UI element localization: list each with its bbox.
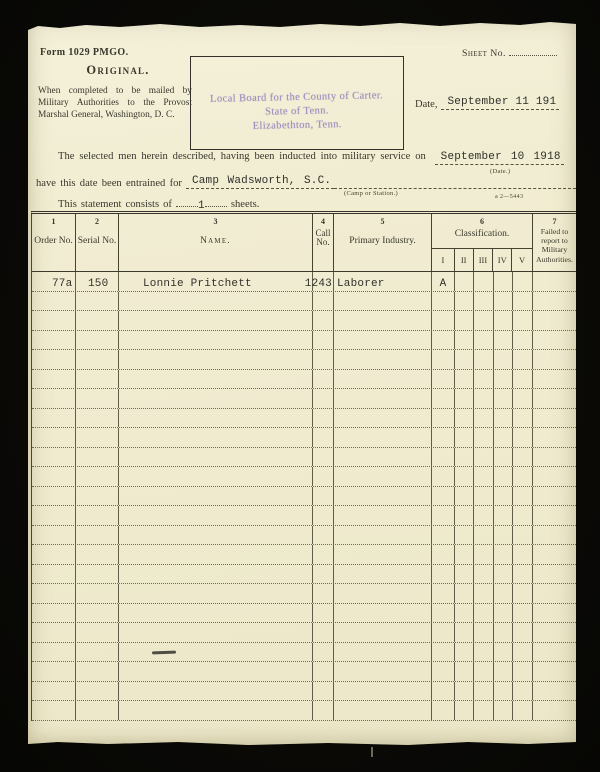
- cell-failed: [533, 623, 576, 642]
- cell-call: [313, 331, 334, 350]
- cell-class-iii: [474, 701, 494, 720]
- cell-order: [32, 701, 76, 720]
- cell-name: [119, 506, 313, 525]
- cell-call-value: 1243: [305, 278, 332, 290]
- cell-serial: [76, 311, 119, 330]
- cell-serial: 150: [76, 272, 119, 291]
- table-row: [32, 350, 576, 370]
- sheet-number-line: Sheet No.: [462, 46, 557, 59]
- cell-class-i: [432, 409, 455, 428]
- cell-name: [119, 662, 313, 681]
- cell-industry: [334, 604, 432, 623]
- cell-failed: [533, 604, 576, 623]
- cell-order: [32, 643, 76, 662]
- cell-class-v: [513, 545, 533, 564]
- table-row: [32, 584, 576, 604]
- cell-call: [313, 311, 334, 330]
- local-board-stamp: Local Board for the County of Carter. St…: [191, 89, 404, 136]
- cell-industry: [334, 331, 432, 350]
- cell-class-ii: [455, 662, 474, 681]
- cell-class-v: [513, 643, 533, 662]
- cell-class-ii: [455, 565, 474, 584]
- table-row: [32, 682, 576, 702]
- cell-call: [313, 428, 334, 447]
- cell-class-v: [513, 604, 533, 623]
- cell-industry: [334, 584, 432, 603]
- cell-class-ii: [455, 467, 474, 486]
- cell-class-iii: [474, 409, 494, 428]
- cell-call: [313, 409, 334, 428]
- cell-industry: [334, 565, 432, 584]
- cell-industry: [334, 428, 432, 447]
- cell-class-ii: [455, 623, 474, 642]
- cell-industry: [334, 311, 432, 330]
- cell-class-ii: [455, 272, 474, 291]
- cell-call: [313, 623, 334, 642]
- table-row: [32, 409, 576, 429]
- cell-failed: [533, 643, 576, 662]
- cell-failed: [533, 487, 576, 506]
- cell-order: [32, 487, 76, 506]
- cell-class-iv: [494, 604, 513, 623]
- table-row: [32, 292, 576, 312]
- cell-class-v: [513, 565, 533, 584]
- cell-class-i: [432, 292, 455, 311]
- entrained-sentence: have this date been entrained for Camp W…: [36, 175, 576, 189]
- cell-class-v: [513, 272, 533, 291]
- cell-class-i-value: A: [432, 278, 454, 290]
- cell-industry: [334, 682, 432, 701]
- table-row: [32, 701, 576, 721]
- cell-name: [119, 448, 313, 467]
- cell-name: [119, 701, 313, 720]
- cell-class-v: [513, 331, 533, 350]
- cell-order: [32, 311, 76, 330]
- cell-class-ii: [455, 682, 474, 701]
- subheader-class-ii: II: [455, 249, 474, 271]
- cell-failed: [533, 331, 576, 350]
- cell-serial: [76, 350, 119, 369]
- cell-order: [32, 448, 76, 467]
- subheader-class-iii: III: [474, 249, 494, 271]
- cell-class-v: [513, 487, 533, 506]
- cell-serial: [76, 584, 119, 603]
- cell-class-iii: [474, 311, 494, 330]
- cell-class-i: [432, 526, 455, 545]
- cell-failed: [533, 565, 576, 584]
- cell-order: 77a: [32, 272, 76, 291]
- cell-class-v: [513, 428, 533, 447]
- cell-class-i: [432, 584, 455, 603]
- table-row: [32, 448, 576, 468]
- cell-industry: [334, 409, 432, 428]
- cell-failed: [533, 526, 576, 545]
- cell-order: [32, 682, 76, 701]
- cell-class-i: A: [432, 272, 455, 291]
- cell-call: 1243: [313, 272, 334, 291]
- cell-class-ii: [455, 409, 474, 428]
- cell-class-iii: [474, 487, 494, 506]
- cell-class-ii: [455, 292, 474, 311]
- header-serial-no: 2 Serial No.: [76, 214, 119, 271]
- cell-call: [313, 506, 334, 525]
- cell-serial: [76, 448, 119, 467]
- cell-class-iv: [494, 526, 513, 545]
- cell-class-ii: [455, 370, 474, 389]
- cell-serial: [76, 526, 119, 545]
- cell-class-iv: [494, 370, 513, 389]
- cell-failed: [533, 350, 576, 369]
- cell-class-ii: [455, 487, 474, 506]
- cell-failed: [533, 389, 576, 408]
- cell-serial: [76, 467, 119, 486]
- cell-class-iii: [474, 467, 494, 486]
- cell-serial: [76, 389, 119, 408]
- cell-industry: Laborer: [334, 272, 432, 291]
- cell-call: [313, 448, 334, 467]
- cell-class-iv: [494, 331, 513, 350]
- date-caption: (Date.): [490, 168, 510, 175]
- entrained-sentence-text: have this date been entrained for: [36, 178, 182, 189]
- cell-order: [32, 467, 76, 486]
- cell-class-iii: [474, 584, 494, 603]
- cell-class-i: [432, 545, 455, 564]
- cell-name: [119, 526, 313, 545]
- cell-class-ii: [455, 506, 474, 525]
- table-body: 77a150Lonnie Pritchett1243LaborerA: [32, 272, 576, 721]
- cell-industry: [334, 350, 432, 369]
- cell-class-i: [432, 350, 455, 369]
- cell-class-iii: [474, 389, 494, 408]
- cell-class-iv: [494, 350, 513, 369]
- cell-class-i: [432, 565, 455, 584]
- cell-class-i: [432, 467, 455, 486]
- cell-industry: [334, 487, 432, 506]
- cell-class-ii: [455, 604, 474, 623]
- sheet-no-label: No.: [490, 48, 506, 59]
- cell-serial: [76, 409, 119, 428]
- cell-order: [32, 565, 76, 584]
- form-number: Form 1029 PMGO.: [40, 47, 128, 58]
- sheets-sentence: This statement consists of 1 sheets.: [58, 197, 259, 211]
- cell-call: [313, 467, 334, 486]
- camp-caption: (Camp or Station.): [344, 190, 398, 197]
- cell-class-i: [432, 682, 455, 701]
- table-row: [32, 506, 576, 526]
- cell-call: [313, 545, 334, 564]
- cell-class-i: [432, 643, 455, 662]
- date-value: September 11 191: [441, 96, 559, 110]
- cell-class-v: [513, 623, 533, 642]
- cell-class-v: [513, 448, 533, 467]
- cell-order: [32, 428, 76, 447]
- cell-class-v: [513, 311, 533, 330]
- cell-class-iv: [494, 292, 513, 311]
- table-row: [32, 565, 576, 585]
- cell-class-ii: [455, 331, 474, 350]
- header-order-no: 1 Order No.: [32, 214, 76, 271]
- cell-class-iii: [474, 272, 494, 291]
- cell-class-iv: [494, 467, 513, 486]
- table-row: [32, 389, 576, 409]
- cell-class-iv: [494, 584, 513, 603]
- cell-serial: [76, 487, 119, 506]
- cell-order: [32, 409, 76, 428]
- subheader-class-iv: IV: [493, 249, 512, 271]
- cell-class-v: [513, 292, 533, 311]
- cell-serial: [76, 604, 119, 623]
- cell-order: [32, 526, 76, 545]
- form-paper: Form 1029 PMGO. Original. When completed…: [28, 20, 576, 746]
- cell-industry: [334, 545, 432, 564]
- table-row: [32, 428, 576, 448]
- cell-class-iv: [494, 428, 513, 447]
- cell-class-ii: [455, 545, 474, 564]
- cell-class-iii: [474, 292, 494, 311]
- cell-serial: [76, 370, 119, 389]
- cell-call: [313, 662, 334, 681]
- cell-call: [313, 584, 334, 603]
- cell-order: [32, 506, 76, 525]
- table-row: [32, 643, 576, 663]
- table-row: [32, 467, 576, 487]
- cell-call: [313, 526, 334, 545]
- header-failed-to-report: 7 Failed to report to Military Authori­t…: [533, 214, 576, 271]
- mailing-instructions: When completed to be mailed by Military …: [38, 85, 192, 122]
- cell-serial: [76, 623, 119, 642]
- cell-class-i: [432, 623, 455, 642]
- cell-failed: [533, 584, 576, 603]
- cell-class-v: [513, 662, 533, 681]
- header-call-no: 4 Call No.: [313, 214, 334, 271]
- cell-name: [119, 389, 313, 408]
- table-row: [32, 545, 576, 565]
- cell-class-iii: [474, 565, 494, 584]
- cell-class-v: [513, 701, 533, 720]
- cell-class-iii: [474, 370, 494, 389]
- header-primary-industry: 5 Primary Industry.: [334, 214, 432, 271]
- induction-date-value: September 10 1918: [435, 151, 564, 165]
- cell-class-i: [432, 662, 455, 681]
- cell-class-v: [513, 526, 533, 545]
- classification-subheader: I II III IV V: [432, 248, 532, 271]
- sheet-number-blank: [509, 46, 557, 56]
- original-label: Original.: [38, 63, 198, 78]
- cell-failed: [533, 428, 576, 447]
- cell-class-iii: [474, 448, 494, 467]
- cell-industry: [334, 448, 432, 467]
- table-row: [32, 623, 576, 643]
- cell-order: [32, 331, 76, 350]
- cell-class-iii: [474, 604, 494, 623]
- cell-class-ii: [455, 643, 474, 662]
- cell-serial: [76, 428, 119, 447]
- cell-name-value: Lonnie Pritchett: [143, 278, 252, 290]
- cell-serial: [76, 545, 119, 564]
- cell-name: [119, 623, 313, 642]
- cell-call: [313, 643, 334, 662]
- cell-failed: [533, 545, 576, 564]
- cell-class-v: [513, 506, 533, 525]
- cell-serial: [76, 506, 119, 525]
- cell-class-iv: [494, 409, 513, 428]
- pencil-mark: [152, 650, 176, 653]
- cell-industry-value: Laborer: [337, 278, 385, 290]
- cell-class-ii: [455, 311, 474, 330]
- table-row: 77a150Lonnie Pritchett1243LaborerA: [32, 272, 576, 292]
- cell-class-iv: [494, 643, 513, 662]
- cell-failed: [533, 292, 576, 311]
- cell-call: [313, 604, 334, 623]
- cell-class-iii: [474, 682, 494, 701]
- stamp-box: Local Board for the County of Carter. St…: [190, 56, 404, 150]
- subheader-class-v: V: [512, 249, 532, 271]
- cell-industry: [334, 662, 432, 681]
- cell-class-iv: [494, 448, 513, 467]
- cell-class-i: [432, 506, 455, 525]
- cell-class-i: [432, 389, 455, 408]
- cell-class-ii: [455, 584, 474, 603]
- table-header: 1 Order No. 2 Serial No. 3 Name. 4 Call …: [32, 214, 576, 272]
- header-name: 3 Name.: [119, 214, 313, 271]
- table-row: [32, 526, 576, 546]
- cell-class-ii: [455, 428, 474, 447]
- cell-industry: [334, 389, 432, 408]
- header-classification: 6 Classification. I II III IV V: [432, 214, 533, 271]
- cell-class-iii: [474, 331, 494, 350]
- table-row: [32, 487, 576, 507]
- induction-sentence-text: The selected men herein described, havin…: [58, 151, 426, 162]
- cell-class-ii: [455, 389, 474, 408]
- cell-name: [119, 409, 313, 428]
- cell-class-iv: [494, 487, 513, 506]
- cell-name: Lonnie Pritchett: [119, 272, 313, 291]
- cell-class-iv: [494, 545, 513, 564]
- cell-class-v: [513, 370, 533, 389]
- cell-industry: [334, 623, 432, 642]
- cell-order: [32, 370, 76, 389]
- cell-name: [119, 428, 313, 447]
- cell-class-ii: [455, 350, 474, 369]
- cell-class-ii: [455, 448, 474, 467]
- cell-industry: [334, 643, 432, 662]
- cell-failed: [533, 662, 576, 681]
- cell-call: [313, 389, 334, 408]
- cell-failed: [533, 506, 576, 525]
- cell-name: [119, 682, 313, 701]
- cell-serial: [76, 643, 119, 662]
- table-row: [32, 311, 576, 331]
- cell-industry: [334, 292, 432, 311]
- cell-name: [119, 311, 313, 330]
- cell-name: [119, 292, 313, 311]
- cell-class-iv: [494, 272, 513, 291]
- cell-class-v: [513, 467, 533, 486]
- cell-class-iv: [494, 682, 513, 701]
- cell-industry: [334, 526, 432, 545]
- induction-sentence: The selected men herein described, havin…: [40, 151, 574, 163]
- cell-serial: [76, 565, 119, 584]
- cell-class-i: [432, 487, 455, 506]
- cell-class-ii: [455, 701, 474, 720]
- cell-class-iv: [494, 662, 513, 681]
- sheets-sentence-prefix: This statement consists of: [58, 199, 172, 210]
- cell-class-v: [513, 389, 533, 408]
- sheets-sentence-suffix: sheets.: [231, 199, 260, 210]
- cell-class-i: [432, 311, 455, 330]
- camp-blank-fill: [334, 177, 576, 189]
- cell-industry: [334, 467, 432, 486]
- cell-class-iii: [474, 506, 494, 525]
- cell-order-value: 77a: [52, 278, 72, 290]
- cell-call: [313, 682, 334, 701]
- cell-class-v: [513, 409, 533, 428]
- cell-serial: [76, 701, 119, 720]
- table-row: [32, 604, 576, 624]
- cell-class-v: [513, 350, 533, 369]
- table-row: [32, 662, 576, 682]
- cell-class-v: [513, 682, 533, 701]
- cell-name: [119, 643, 313, 662]
- cell-class-iv: [494, 623, 513, 642]
- cell-name: [119, 604, 313, 623]
- cell-serial: [76, 662, 119, 681]
- cell-call: [313, 350, 334, 369]
- cell-call: [313, 292, 334, 311]
- scan-artifact: [371, 747, 373, 757]
- cell-industry: [334, 701, 432, 720]
- cell-class-iii: [474, 643, 494, 662]
- cell-class-iii: [474, 428, 494, 447]
- cell-class-iv: [494, 389, 513, 408]
- sheet-label: Sheet: [462, 48, 487, 59]
- cell-name: [119, 565, 313, 584]
- cell-class-ii: [455, 526, 474, 545]
- cell-class-iv: [494, 506, 513, 525]
- cell-serial-value: 150: [88, 278, 108, 290]
- cell-industry: [334, 506, 432, 525]
- cell-order: [32, 350, 76, 369]
- cell-failed: [533, 272, 576, 291]
- stamp-line-3: Elizabethton, Tenn.: [191, 117, 403, 136]
- cell-order: [32, 389, 76, 408]
- cell-class-i: [432, 701, 455, 720]
- cell-name: [119, 331, 313, 350]
- cell-call: [313, 565, 334, 584]
- cell-failed: [533, 682, 576, 701]
- cell-order: [32, 623, 76, 642]
- cell-call: [313, 370, 334, 389]
- cell-class-iv: [494, 565, 513, 584]
- cell-class-i: [432, 370, 455, 389]
- cell-order: [32, 604, 76, 623]
- cell-class-i: [432, 604, 455, 623]
- cell-order: [32, 545, 76, 564]
- cell-failed: [533, 370, 576, 389]
- cell-name: [119, 467, 313, 486]
- cell-class-i: [432, 331, 455, 350]
- cell-industry: [334, 370, 432, 389]
- cell-class-iv: [494, 311, 513, 330]
- table-row: [32, 370, 576, 390]
- cell-failed: [533, 467, 576, 486]
- cell-serial: [76, 682, 119, 701]
- cell-serial: [76, 292, 119, 311]
- table-row: [32, 331, 576, 351]
- cell-name: [119, 487, 313, 506]
- cell-name: [119, 350, 313, 369]
- subheader-class-i: I: [432, 249, 455, 271]
